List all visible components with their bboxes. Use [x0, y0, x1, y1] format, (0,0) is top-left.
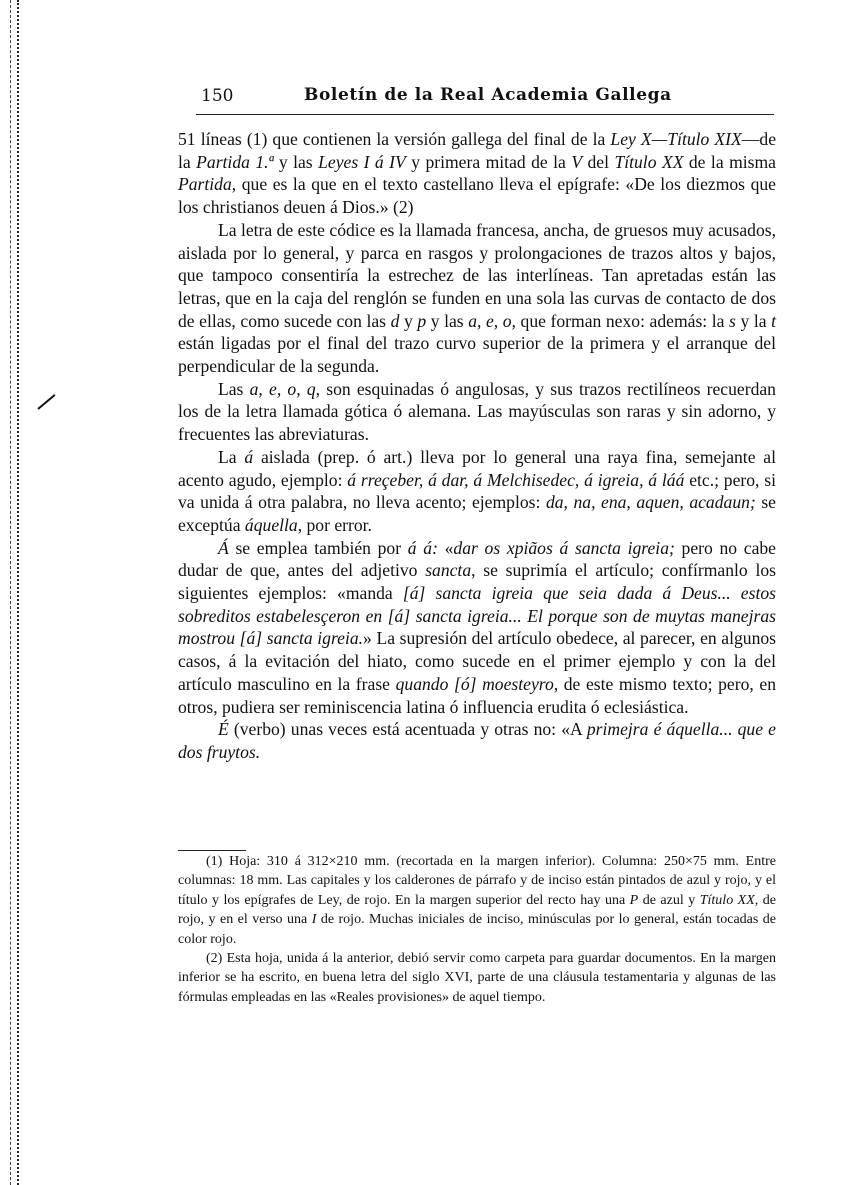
footnote-1: (1) Hoja: 310 á 312×210 mm. (recortada e…: [178, 852, 776, 949]
italic-run: p: [417, 311, 426, 331]
italic-run: a, e, o, q,: [250, 379, 320, 399]
italic-run: [á] sancta igreia que seia dada á Deus..…: [178, 583, 776, 648]
italic-run: Partida 1.ª: [196, 152, 273, 172]
italic-run: á rreçeber, á dar, á Melchisedec, á igre…: [347, 470, 684, 490]
italic-run: É: [218, 719, 229, 739]
paragraph: 51 líneas (1) que contienen la versión g…: [178, 128, 776, 219]
paragraph: É (verbo) unas veces está acentuada y ot…: [178, 718, 776, 763]
italic-run: sancta: [425, 560, 471, 580]
italic-run: Á: [218, 538, 229, 558]
paragraph: Á se emplea también por á á: «dar os xpi…: [178, 537, 776, 719]
italic-run: Leyes I á IV: [318, 152, 406, 172]
footnote-2: (2) Esta hoja, unida á la anterior, debi…: [178, 949, 776, 1007]
page-header: 150 Boletín de la Real Academia Gallega: [196, 86, 774, 114]
header-rule: [196, 114, 774, 115]
binding-gutter: [0, 0, 60, 1185]
footnotes: (1) Hoja: 310 á 312×210 mm. (recortada e…: [178, 852, 776, 1007]
running-title: Boletín de la Real Academia Gallega: [304, 85, 672, 105]
italic-run: Título XX: [700, 893, 755, 908]
body-text: 51 líneas (1) que contienen la versión g…: [178, 128, 776, 764]
italic-run: s: [729, 311, 736, 331]
page-number: 150: [201, 86, 233, 106]
paragraph: Las a, e, o, q, son esquinadas ó angulos…: [178, 378, 776, 446]
gutter-line: [17, 0, 21, 1185]
paragraph: La letra de este códice es la llamada fr…: [178, 219, 776, 378]
italic-run: P: [630, 893, 639, 908]
italic-run: dar os xpiãos á sancta igreia;: [453, 538, 674, 558]
paragraph: La á aislada (prep. ó art.) lleva por lo…: [178, 446, 776, 537]
italic-run: primejra é áquella... que e dos fruytos.: [178, 719, 776, 762]
italic-run: quando [ó] moesteyro,: [396, 674, 559, 694]
italic-run: á: [244, 447, 253, 467]
italic-run: Título XX: [614, 152, 683, 172]
italic-run: V: [571, 152, 582, 172]
italic-run: a, e, o,: [468, 311, 516, 331]
italic-run: á á:: [408, 538, 438, 558]
italic-run: I: [312, 912, 317, 927]
footnote-rule: [178, 850, 246, 851]
italic-run: Partida: [178, 174, 232, 194]
gutter-line: [10, 0, 12, 1185]
italic-run: Ley X—Título XIX: [610, 129, 741, 149]
italic-run: d: [391, 311, 400, 331]
italic-run: t: [771, 311, 776, 331]
italic-run: da, na, ena, aquen, acadaun;: [546, 492, 756, 512]
italic-run: áquella: [245, 515, 298, 535]
